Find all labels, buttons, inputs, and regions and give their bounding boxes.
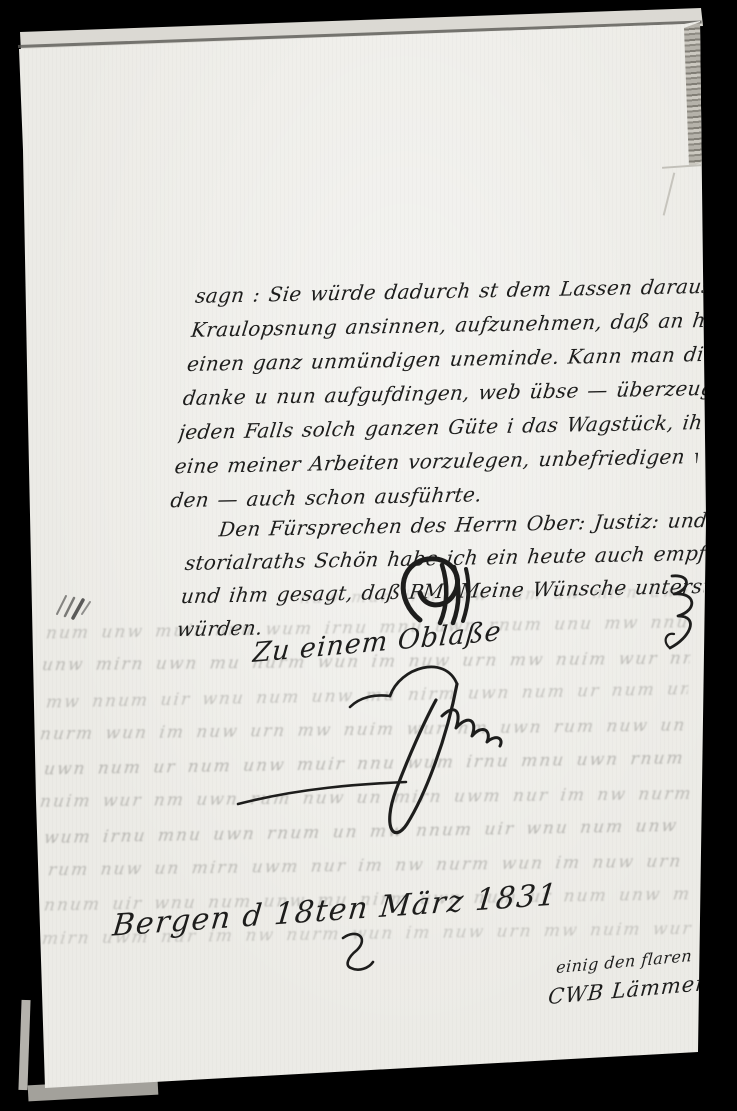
scanner-background: nuw mun irm unw num uw mirn uwn mu nurm …	[0, 0, 737, 1111]
stray-ink-marks	[52, 588, 98, 622]
underlying-sheet-left-edge	[18, 1000, 30, 1090]
manuscript-page: nuw mun irm unw num uw mirn uwn mu nurm …	[0, 0, 737, 1111]
signature-flourish	[210, 612, 600, 842]
tail-flourish	[660, 572, 710, 652]
body-paragraph-1: sagn : Sie würde dadurch st dem Lassen d…	[169, 269, 721, 518]
dateline-flourish	[335, 928, 377, 974]
bleedthrough-ghost-line: rum nuw un mirn uwm nur im nw nurm wun i…	[47, 852, 687, 881]
